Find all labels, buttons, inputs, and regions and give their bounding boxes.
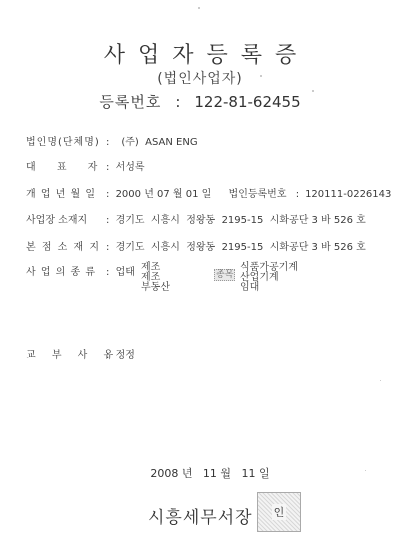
issue-reason-label: 교 부 사 유 bbox=[26, 346, 106, 361]
separator: : bbox=[106, 242, 109, 253]
head-office-address-value: 경기도 시흥시 정왕동 2195-15 시화공단 3 바 526 호 bbox=[116, 242, 366, 253]
representative-row: 대 표 자: 서성록 bbox=[26, 158, 145, 173]
seal-text: 인 bbox=[272, 504, 287, 520]
separator: : bbox=[106, 189, 109, 200]
scan-speck bbox=[380, 380, 381, 381]
official-seal-stamp: 인 bbox=[257, 492, 301, 532]
issue-date: 2008 년 11 월 11 일 bbox=[0, 465, 400, 481]
separator: : bbox=[106, 350, 109, 361]
registration-number-value: 122-81-62455 bbox=[194, 93, 300, 111]
business-address-value: 경기도 시흥시 정왕동 2195-15 시화공단 3 바 526 호 bbox=[116, 215, 366, 226]
issue-reason-row: 교 부 사 유: 정정 bbox=[26, 346, 135, 361]
corporate-name-row: 법인명(단체명) :(주) ASAN ENG bbox=[26, 133, 198, 148]
business-item-label-box: 종목 bbox=[214, 262, 235, 281]
head-office-address-row: 본 점 소 재 지: 경기도 시흥시 정왕동 2195-15 시화공단 3 바 … bbox=[26, 238, 366, 253]
corp-reg-number-label: 법인등록번호 bbox=[229, 189, 287, 200]
head-office-address-label: 본 점 소 재 지 bbox=[26, 238, 106, 253]
business-type-label: 사 업 의 종 류 bbox=[26, 263, 106, 278]
opening-date-value: 2000 년 07 월 01 일 bbox=[116, 189, 212, 200]
opening-date-row: 개 업 년 월 일: 2000 년 07 월 01 일 법인등록번호 :1201… bbox=[26, 185, 391, 200]
registration-number-label: 등록번호 bbox=[99, 93, 161, 111]
separator: : bbox=[106, 267, 109, 278]
opening-date-label: 개 업 년 월 일 bbox=[26, 185, 106, 200]
separator: : bbox=[106, 162, 109, 173]
representative-label: 대 표 자 bbox=[26, 158, 106, 173]
corporate-name-value: (주) ASAN ENG bbox=[121, 137, 197, 148]
issue-reason-value: 정정 bbox=[116, 350, 135, 361]
business-address-row: 사업장 소재지: 경기도 시흥시 정왕동 2195-15 시화공단 3 바 52… bbox=[26, 211, 366, 226]
document-subtitle: (법인사업자) bbox=[0, 68, 400, 88]
corporate-name-label: 법인명(단체명) bbox=[26, 133, 100, 148]
business-item-label: 종목 bbox=[214, 269, 235, 281]
separator: : bbox=[296, 189, 299, 200]
separator: : bbox=[175, 93, 180, 111]
representative-value: 서성록 bbox=[116, 162, 145, 173]
issuer-name: 시흥세무서장 bbox=[148, 503, 253, 528]
business-category-list: 제조 제조 부동산 bbox=[141, 263, 170, 293]
separator: : bbox=[106, 215, 109, 226]
document-title: 사업자등록증 bbox=[0, 38, 400, 69]
separator: : bbox=[106, 137, 109, 148]
business-category-label: 업태 bbox=[116, 267, 135, 278]
scan-speck bbox=[198, 7, 200, 9]
corp-reg-number-value: 120111-0226143 bbox=[305, 189, 391, 200]
registration-number-row: 등록번호:122-81-62455 bbox=[0, 91, 400, 112]
business-type-row: 사 업 의 종 류: 업태 bbox=[26, 263, 135, 278]
business-category: 부동산 bbox=[141, 283, 170, 293]
business-item: 임대 bbox=[240, 283, 298, 293]
business-address-label: 사업장 소재지 bbox=[26, 211, 106, 226]
business-item-list: 식품가공기계 산업기계 임대 bbox=[240, 263, 298, 293]
